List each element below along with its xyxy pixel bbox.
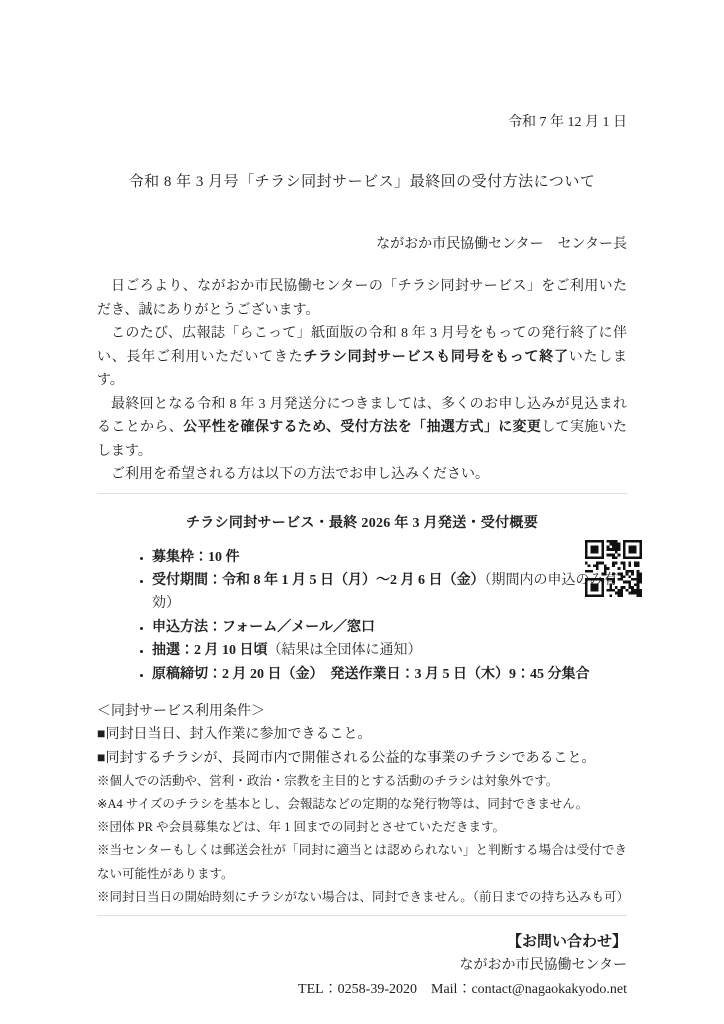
overview-item-lottery: 抽選：2 月 10 日頃（結果は全団体に通知） [152, 639, 627, 662]
paragraph-2-bold: チラシ同封サービスも同号をもって終了 [303, 350, 568, 365]
sender-line: ながおか市民協働センター センター長 [97, 235, 627, 255]
contact-tel-mail: TEL：0258-39-2020Mail：contact@nagaokakyod… [97, 978, 627, 1002]
document-date: 令和 7 年 12 月 1 日 [97, 113, 627, 133]
overview-item-lottery-note: （結果は全団体に通知） [268, 643, 422, 658]
overview-item-method: 申込方法：フォーム／メール／窓口 [152, 616, 627, 639]
divider-top [97, 493, 627, 494]
overview-item-period: 受付期間：令和 8 年 1 月 5 日（月）～2 月 6 日（金）（期間内の申込… [152, 569, 627, 616]
document-title: 令和 8 年 3 月号「チラシ同封サービス」最終回の受付方法について [97, 171, 627, 193]
condition-note-4: ※当センターもしくは郵送会社が「同封に適当とは認められない」と判断する場合は受付… [97, 839, 627, 885]
divider-bottom [97, 915, 627, 916]
condition-item-1: ■同封日当日、封入作業に参加できること。 [97, 723, 627, 746]
condition-note-3: ※団体 PR や会員募集などは、年 1 回までの同封とさせていただきます。 [97, 816, 627, 839]
contact-tel: TEL：0258-39-2020 [298, 982, 417, 997]
contact-organization: ながおか市民協働センター [97, 954, 627, 978]
paragraph-3: 最終回となる令和 8 年 3 月発送分につきましては、多くのお申し込みが見込まれ… [97, 393, 627, 464]
contact-heading: 【お問い合わせ】 [97, 930, 627, 954]
conditions-heading: ＜同封サービス利用条件＞ [97, 700, 627, 723]
paragraph-3-bold: 公平性を確保するため、受付方法を「抽選方式」に変更 [183, 420, 541, 435]
paragraph-4: ご利用を希望される方は以下の方法でお申し込みください。 [97, 463, 627, 487]
overview-heading: チラシ同封サービス・最終 2026 年 3 月発送・受付概要 [97, 514, 627, 534]
qr-code-svg [585, 539, 642, 598]
contact-mail: Mail：contact@nagaokakyodo.net [431, 982, 627, 997]
conditions-section: ＜同封サービス利用条件＞ ■同封日当日、封入作業に参加できること。 ■同封するチ… [97, 700, 627, 909]
paragraph-1: 日ごろより、ながおか市民協働センターの「チラシ同封サービス」をご利用いただき、誠… [97, 275, 627, 322]
overview-item-quota-text: 募集枠：10 件 [152, 550, 240, 565]
overview-item-lottery-text: 抽選：2 月 10 日頃 [152, 643, 268, 658]
overview-item-deadline: 原稿締切：2 月 20 日（金） 発送作業日：3 月 5 日（木）9：45 分集… [152, 663, 627, 686]
condition-note-1: ※個人での活動や、営利・政治・宗教を主目的とする活動のチラシは対象外です。 [97, 770, 627, 793]
overview-item-period-text: 受付期間：令和 8 年 1 月 5 日（月）～2 月 6 日（金） [152, 573, 485, 588]
document-page: 令和 7 年 12 月 1 日 令和 8 年 3 月号「チラシ同封サービス」最終… [0, 0, 724, 1024]
paragraph-2: このたび、広報誌「らこって」紙面版の令和 8 年 3 月号をもっての発行終了に伴… [97, 322, 627, 393]
overview-list: 募集枠：10 件 受付期間：令和 8 年 1 月 5 日（月）～2 月 6 日（… [97, 546, 627, 686]
contact-section: 【お問い合わせ】 ながおか市民協働センター TEL：0258-39-2020Ma… [97, 930, 627, 1002]
overview-item-method-text: 申込方法：フォーム／メール／窓口 [152, 620, 375, 635]
condition-note-2: ※A4 サイズのチラシを基本とし、会報誌などの定期的な発行物等は、同封できません… [97, 793, 627, 816]
condition-item-2: ■同封するチラシが、長岡市内で開催される公益的な事業のチラシであること。 [97, 747, 627, 770]
qr-code [585, 539, 642, 598]
overview-item-deadline-text: 原稿締切：2 月 20 日（金） 発送作業日：3 月 5 日（木）9：45 分集… [152, 667, 590, 682]
condition-note-5: ※同封日当日の開始時刻にチラシがない場合は、同封できません。（前日までの持ち込み… [97, 886, 627, 909]
body-text: 日ごろより、ながおか市民協働センターの「チラシ同封サービス」をご利用いただき、誠… [97, 275, 627, 487]
overview-item-quota: 募集枠：10 件 [152, 546, 627, 569]
